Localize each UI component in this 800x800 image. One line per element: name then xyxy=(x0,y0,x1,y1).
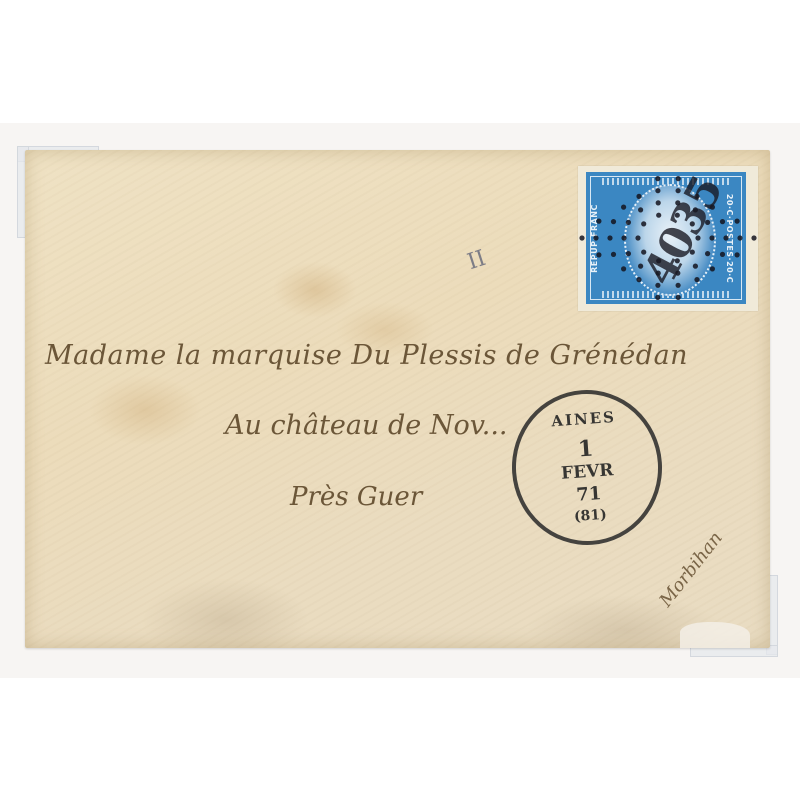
address-line-3: Près Guer xyxy=(290,482,422,512)
address-line-1: Madame la marquise Du Plessis de Grénéda… xyxy=(45,340,688,371)
address-line-2: Au château de Nov... xyxy=(225,410,508,441)
postage-stamp: REPUP·FRANC 20·C·POSTES·20·C 4035 xyxy=(578,166,758,311)
torn-corner xyxy=(680,622,750,648)
